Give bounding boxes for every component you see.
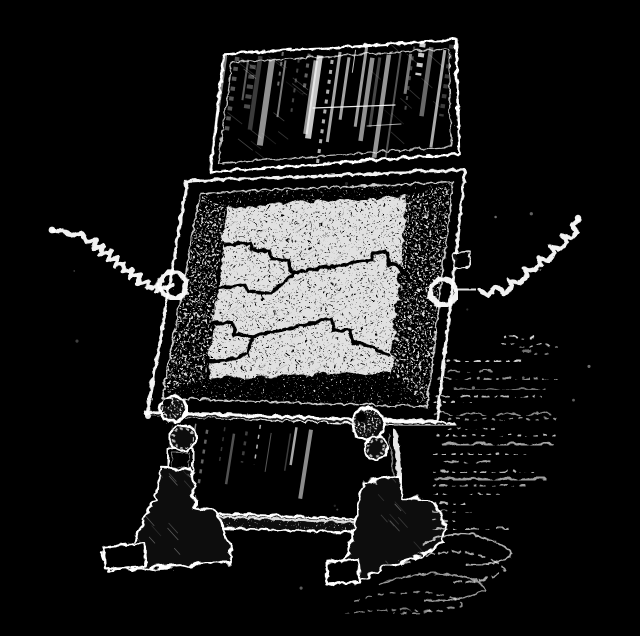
background-specks-dot (74, 270, 75, 271)
left-clamp-block-hole (171, 452, 188, 467)
background-specks-dot (572, 399, 575, 402)
background-specks-dot (300, 587, 303, 590)
right-foot-toe-cap-rough-wrap (325, 558, 359, 583)
background-specks-dot (466, 308, 468, 310)
background-specks-dot (494, 216, 497, 219)
background-specks-dot (336, 509, 338, 511)
background-specks-dot (334, 505, 336, 507)
background-specks-dot (75, 340, 78, 343)
background-specks-dot (345, 182, 348, 185)
left-foot-toe-cap-rough-wrap (102, 542, 145, 568)
shadow-scribbles-row (453, 388, 544, 390)
left-ball-screw-notch (163, 399, 171, 407)
background-specks-dot (587, 365, 590, 368)
left-wire-end (49, 227, 56, 234)
right-foot-toe-cap (325, 558, 359, 583)
left-clamp-block-hole-rough-wrap (171, 452, 188, 467)
frame-hinge-block-rough-wrap (452, 251, 469, 267)
right-wire-end (575, 215, 581, 221)
clamp-rod-left-nub (145, 413, 151, 419)
background-specks-dot (530, 212, 533, 215)
right-ball-screw-notch (356, 412, 366, 422)
illustration-canvas: Vintage black-and-white engraving of a t… (0, 0, 640, 636)
frame-hinge-block (452, 251, 469, 267)
left-foot-toe-cap (102, 542, 145, 568)
engraving-scene: Vintage black-and-white engraving of a t… (0, 0, 640, 636)
right-terminal-tab (456, 289, 474, 290)
right-terminal-tab-rough-wrap (456, 289, 474, 290)
